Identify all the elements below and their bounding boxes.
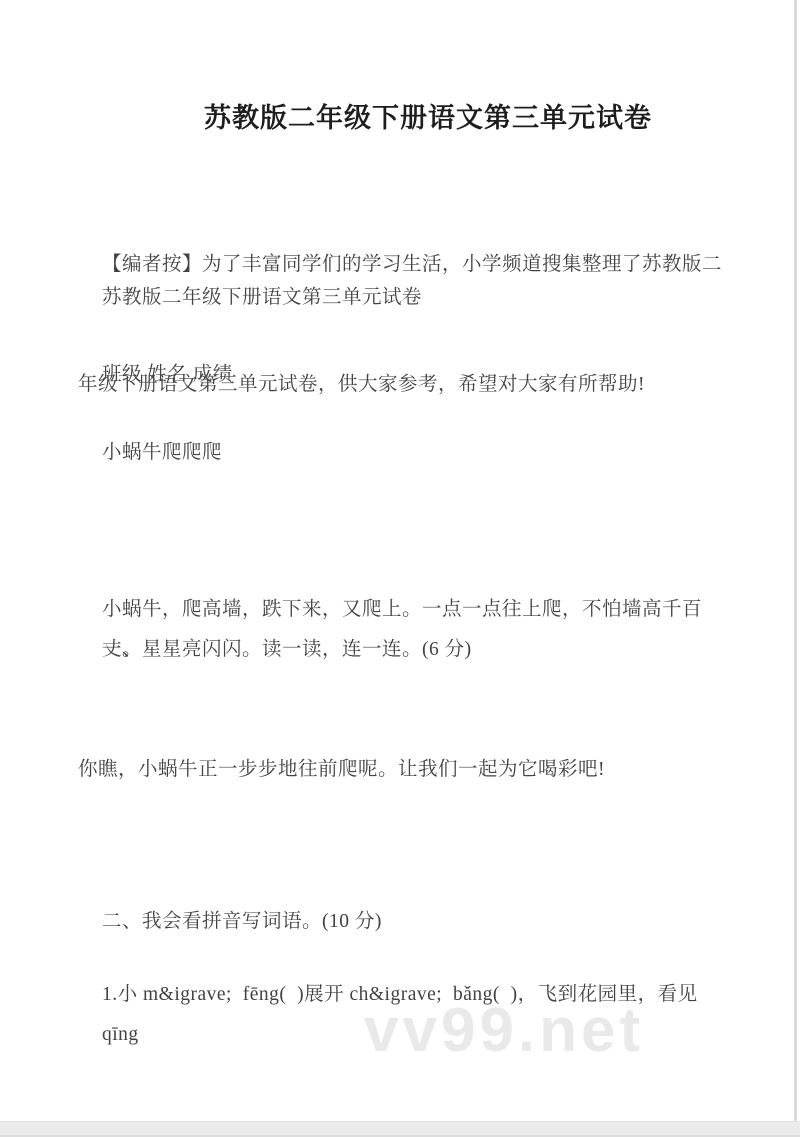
poem-line-2: 你瞧，小蜗牛正一步步地往前爬呢。让我们一起为它喝彩吧! [78, 750, 730, 790]
document-subtitle: 苏教版二年级下册语文第三单元试卷 [78, 278, 730, 318]
class-name-score-fields: 班级 姓名 成绩 [78, 355, 730, 395]
poem-title: 小蜗牛爬爬爬 [78, 433, 730, 473]
poem-paragraph: 小蜗牛，爬高墙，跌下来，又爬上。一点一点往上爬，不怕墙高千百丈。 你瞧，小蜗牛正… [78, 510, 730, 870]
page-title: 苏教版二年级下册语文第三单元试卷 [0, 102, 800, 134]
page-right-edge-line [794, 0, 797, 1122]
document-page: vv99.net 苏教版二年级下册语文第三单元试卷 【编者按】为了丰富同学们的学… [0, 0, 800, 1137]
question-1-text: 1.小 m&igrave; fēng( )展开 ch&igrave; bǎng(… [78, 975, 730, 1055]
section-1-heading: 一、星星亮闪闪。读一读，连一连。(6 分) [78, 630, 730, 670]
footer-band [0, 1121, 800, 1137]
section-2-heading: 二、我会看拼音写词语。(10 分) [78, 902, 730, 942]
